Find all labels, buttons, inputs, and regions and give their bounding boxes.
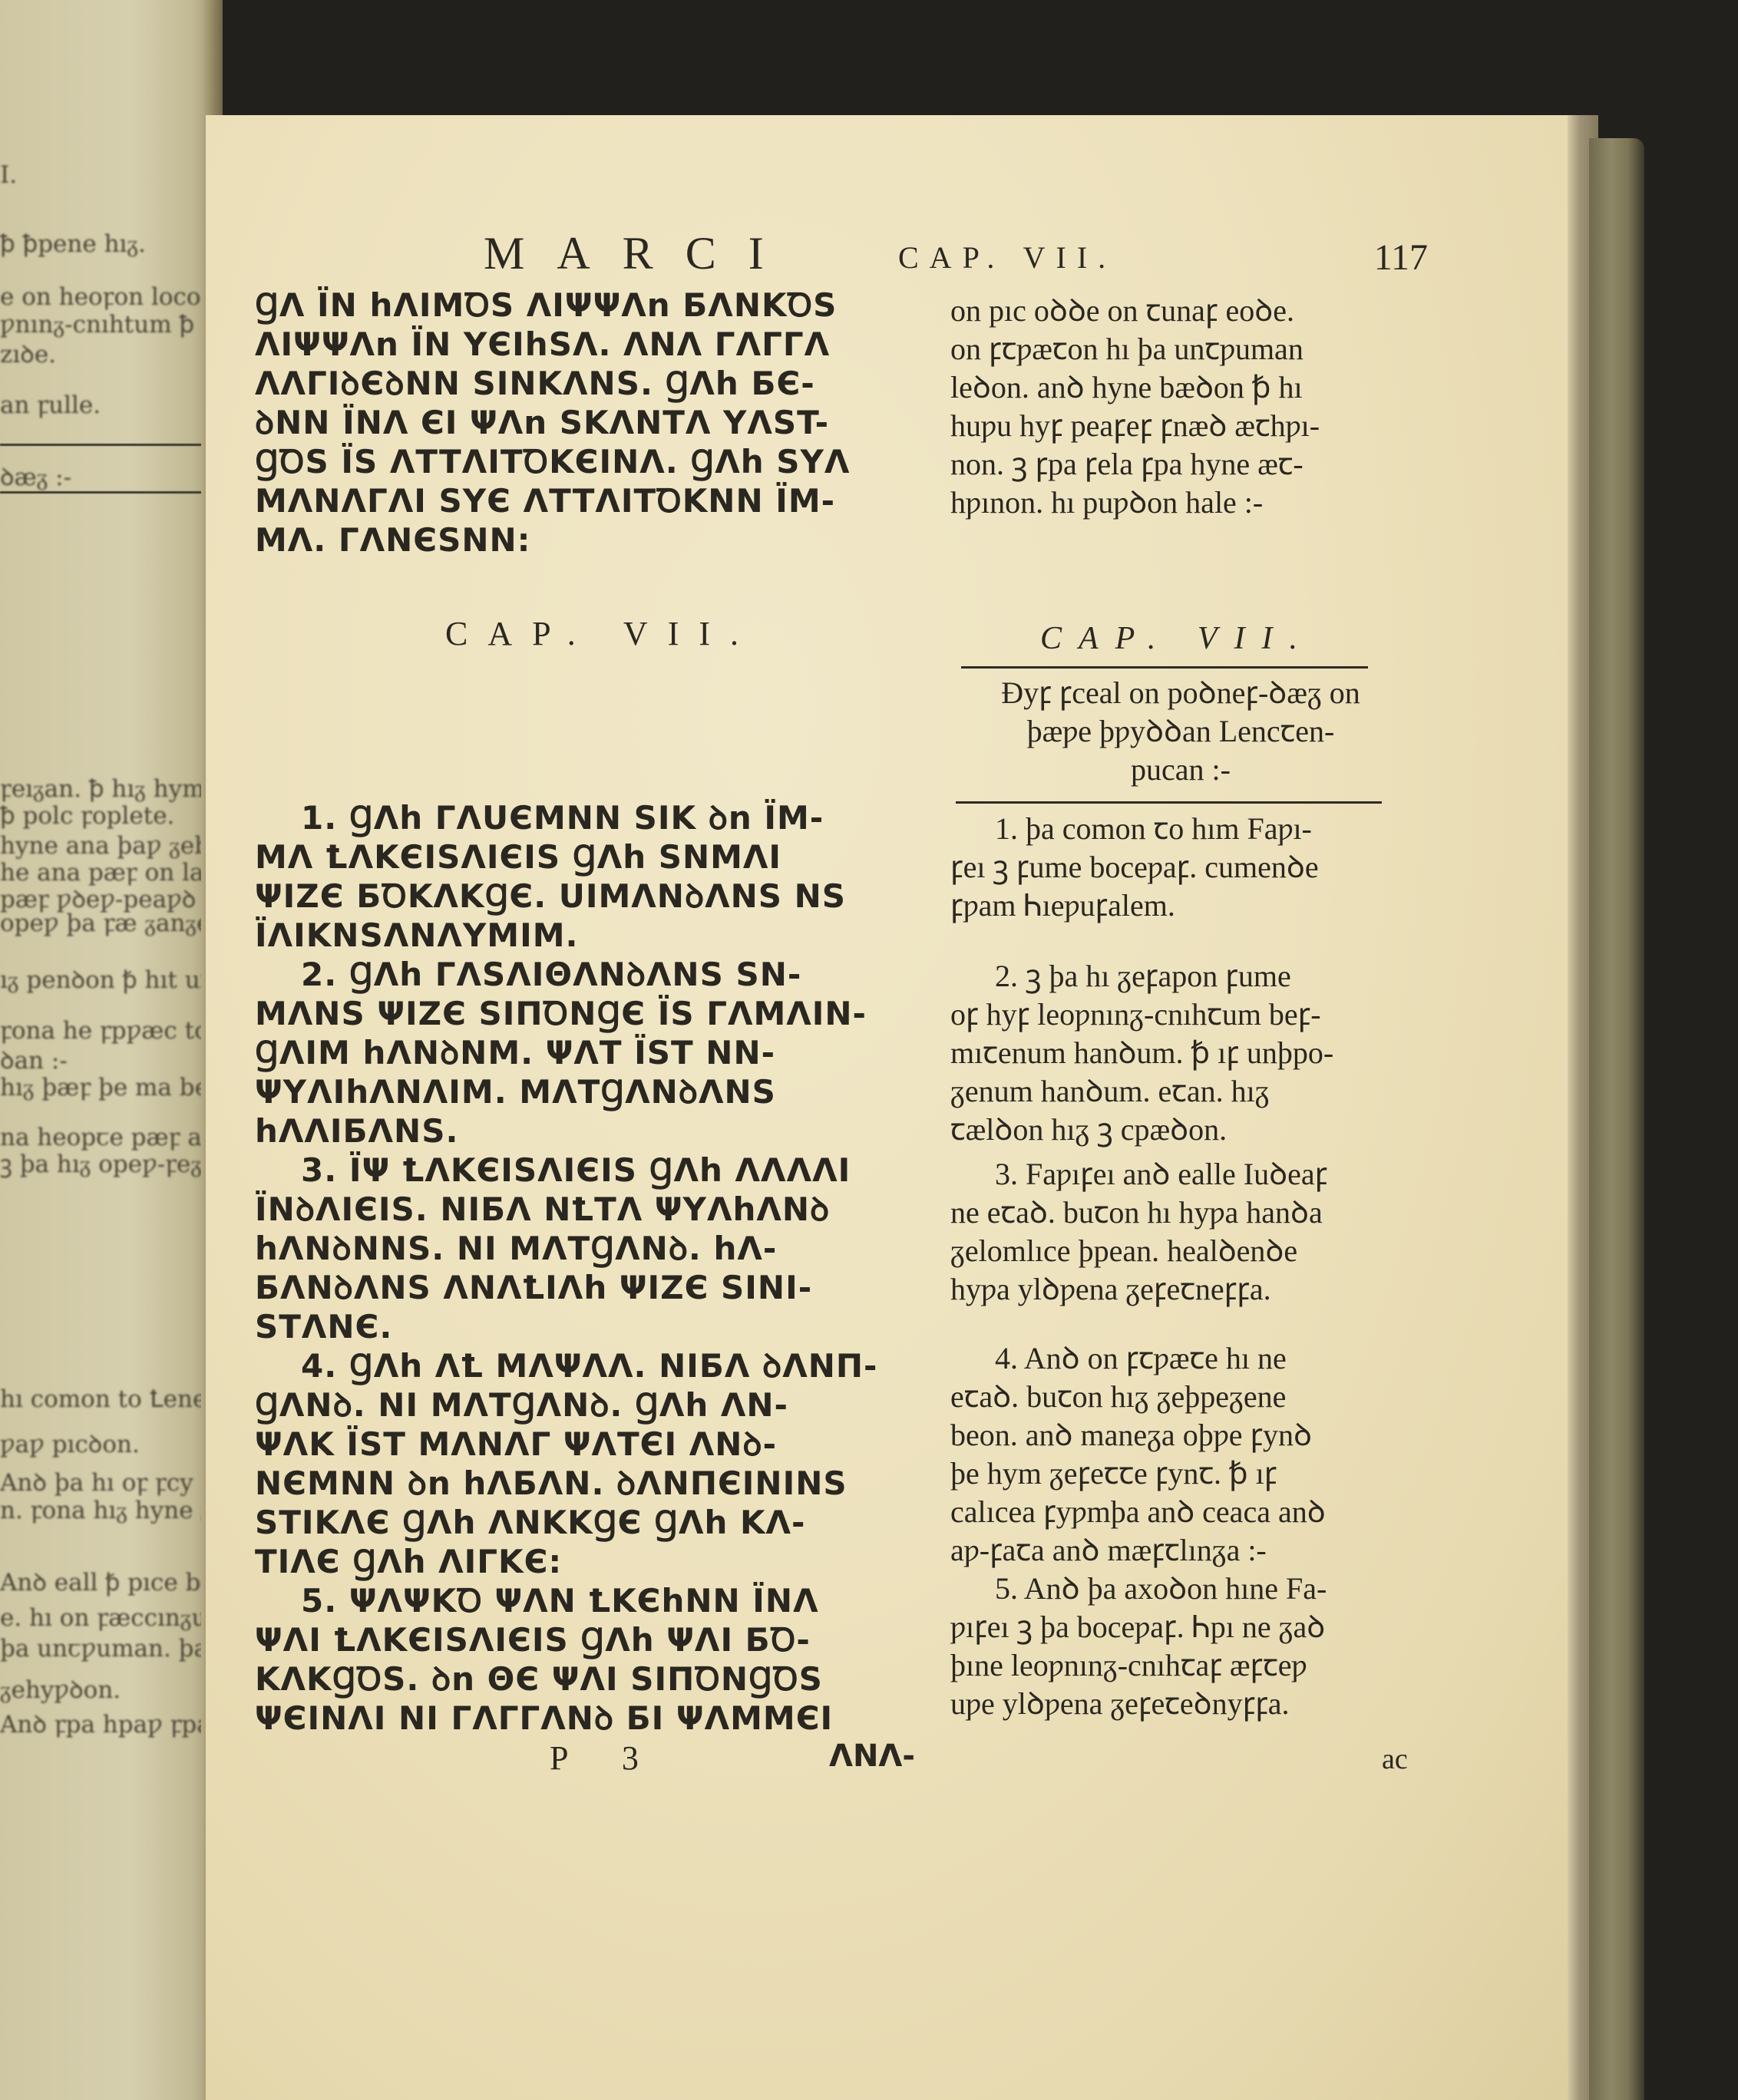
text-line: ꞬΛ ÏN hΛIMꝹS ΛIΨΨΛn ƂΛNKꝹS (255, 286, 930, 325)
text-line: MΛ. ΓΛNЄSNN: (255, 520, 930, 560)
left-page-line: n. ꝼona hıᵹ hyne ᵹecn (0, 1497, 219, 1524)
text-line: ᵹelomlıce þpean. healꝺenꝺe (950, 1232, 1411, 1270)
text-line: ᵹenum hanꝺum. eꞇan. hıᵹ (950, 1072, 1411, 1111)
text-line: 1. ꞬΛh ΓΛUЄMNN SIK ꝺn ÏM- (255, 798, 930, 837)
verse-number: 3. (301, 1151, 337, 1189)
left-page-line: opeƿ þa ꝼæ ᵹanᵹen (0, 910, 219, 937)
left-page-line: ƿaƿ pıcꝺon. (0, 1428, 140, 1460)
text-line: ƂΛNꝺΛNS ΛNΛꝈIΛh ΨIZЄ SINI- (255, 1268, 930, 1307)
verse-text: ꞬΛh ΓΛSΛIΘΛNꝺΛNS SN- (349, 956, 801, 993)
text-line: calıcea ꝼyƿmþa anꝺ ceaca anꝺ (950, 1493, 1411, 1531)
text-line: oꝼ hyꝼ leoƿnınᵹ-cnıhꞇum beꝼ- (950, 996, 1411, 1034)
verse-text: beon. anꝺ maneᵹa oþƿe ꝼynꝺ (950, 1418, 1312, 1452)
text-line: leꝺon. anꝺ hyne bæꝺon ꝥ hı (950, 368, 1411, 407)
left-page-rule (0, 491, 213, 494)
verse-number: 1. (995, 811, 1018, 846)
verse-text: ƿıꝼeı ꝫ þa boceƿaꝼ. Ꮒpı ne ᵹaꝺ (950, 1610, 1325, 1644)
verse-text: mıꞇenum hanꝺum. ꝥ ıꝼ unþpo- (950, 1035, 1333, 1070)
text-line: ÏΛIKNSΛNΛΥMIM. (255, 916, 930, 955)
text-line: þe hym ᵹeꝼeꞇꞇe ꝼynꞇ. ꝥ ıꝼ (950, 1454, 1411, 1493)
left-page-line: hıᵹ þæꝼ þe ma beꝺpu (0, 1071, 219, 1103)
text-line: ꞬΛIM hΛNꝺNM. ΨΛT ÏST NN- (255, 1033, 930, 1072)
text-line: KΛKꞬꝹS. ꝺn ΘЄ ΨΛI SIПꝹNꞬꝹS (255, 1659, 930, 1699)
left-page-line: ꝼona he ꝼpƿæc to hy (0, 1017, 219, 1045)
left-page-line: ꝥ ꝥpene hıᵹ. (0, 230, 146, 258)
verse-text: ΨΛI ꝈΛKЄISΛIЄIS ꞬΛh ΨΛI ƂꝹ- (255, 1621, 811, 1659)
text-line: on ꝼꞇƿæꞇon hı þa unꞇƿuman (950, 330, 1411, 368)
text-line: þæƿe þƿyꝺꝺan Lencꞇen- (950, 712, 1411, 751)
text-line: ꝼƿam Ꮒıeƿuꝼalem. (950, 887, 1411, 925)
text-line: ΨΛK ÏST MΛNΛΓ ΨΛTЄI ΛNꝺ- (255, 1425, 930, 1464)
verse-text: ᵹenum hanꝺum. eꞇan. hıᵹ (950, 1074, 1270, 1108)
left-page-line: ꝼeıᵹan. ꝥ hıᵹ hym be- (0, 775, 219, 803)
text-line: ΛΛΓIꝺЄꝺNN SINKΛNS. ꞬΛh ƂЄ- (255, 364, 930, 403)
verse-text: ꞬΛh ΓΛUЄMNN SIK ꝺn ÏM- (349, 799, 824, 837)
verse-text: Faƿıꝼeı anꝺ ealle Iuꝺeaꝼ (1026, 1157, 1327, 1191)
verse-number: 5. (301, 1582, 337, 1620)
verse-text: ne eꞇaꝺ. buꞇon hı hyƿa hanꝺa (950, 1195, 1323, 1230)
verse-text: hyƿa ylꝺƿena ᵹeꝼeꞇneꝼꝼa. (950, 1272, 1271, 1306)
left-page-line: hı comon to Ꝉeneꝼa (0, 1385, 219, 1413)
text-line: ΨΥΛIhΛNΛIM. MΛTꞬΛNꝺΛNS (255, 1072, 930, 1111)
text-line: þıne leoƿnınᵹ-cnıhꞇaꝼ æꝼꞇeƿ (950, 1646, 1411, 1685)
verse: 5. ΨΛΨKꝹ ΨΛN ꝈKЄhNN ÏNΛΨΛI ꝈΛKЄISΛIЄIS Ɡ… (255, 1581, 930, 1738)
left-page-line: Anꝺ þa hı oꝼ ꝼcy (0, 1466, 193, 1498)
gothic-column-continuation: ꞬΛ ÏN hΛIMꝹS ΛIΨΨΛn ƂΛNKꝹSΛIΨΨΛn ÏN ΥЄIh… (255, 286, 930, 560)
text-line: ꞬꝹS ÏS ΛTTΛITꝹKЄINΛ. ꞬΛh SΥΛ (255, 442, 930, 481)
gothic-chapter-heading: CAP. VII. (445, 614, 758, 653)
verse-text: Anꝺ þa axoꝺon hıne Fa- (1024, 1571, 1327, 1606)
anglo-saxon-lection-note: Ðyꝼ ꝼceal on poꝺneꝼ-ꝺæᵹ onþæƿe þƿyꝺꝺan L… (950, 674, 1411, 789)
left-page-line: zıꝺe. (0, 338, 56, 370)
verse-text: ꞬΛNꝺ. NI MΛTꞬΛNꝺ. ꞬΛh ΛN- (255, 1386, 788, 1424)
verse-text: ᵹelomlıce þpean. healꝺenꝺe (950, 1233, 1297, 1268)
verse-text: MΛ ꝈΛKЄISΛIЄIS ꞬΛh SNMΛI (255, 838, 781, 876)
gothic-catchword: ΛNΛ- (829, 1738, 915, 1774)
text-line: ꞬΛNꝺ. NI MΛTꞬΛNꝺ. ꞬΛh ΛN- (255, 1385, 930, 1425)
text-line: aƿ-ꝼaꞇa anꝺ mæꝼꞇlınᵹa :- (950, 1531, 1411, 1570)
text-line: 4. Anꝺ on ꝼꞇƿæꞇe hı ne (950, 1339, 1411, 1378)
left-page-line: an ꝼulle. (0, 391, 101, 419)
running-head: MARCI CAP. VII. 117 (484, 227, 1428, 281)
text-line: 3. Faƿıꝼeı anꝺ ealle Iuꝺeaꝼ (950, 1155, 1411, 1194)
text-line: 4. ꞬΛh ΛꝈ MΛΨΛΛ. NIƂΛ ꝺΛNП- (255, 1346, 930, 1385)
verse-text: calıcea ꝼyƿmþa anꝺ ceaca anꝺ (950, 1494, 1326, 1529)
verse-number: 4. (995, 1341, 1018, 1375)
verse: 3. ÏΨ ꝈΛKЄISΛIЄIS ꞬΛh ΛΛΛΛIÏNꝺΛIЄIS. NIƂ… (255, 1151, 930, 1346)
left-page-line: ƿnınᵹ-cnıhtum ꝥ hıᵹ (0, 311, 219, 338)
verse-text: þe hym ᵹeꝼeꞇꞇe ꝼynꞇ. ꝥ ıꝼ (950, 1456, 1277, 1491)
left-page-line: e. hı on ꝼæccınᵹum b (0, 1604, 219, 1632)
verse-text: ꞇælꝺon hıᵹ ꝫ cpæꝺon. (950, 1112, 1227, 1147)
text-line: uƿe ylꝺƿena ᵹeꝼeꞇeꝺnyꝼꝼa. (950, 1685, 1411, 1723)
text-line: MΛNS ΨIZЄ SIПꝹNꞬЄ ÏS ΓΛMΛIN- (255, 994, 930, 1033)
text-line: ꞇælꝺon hıᵹ ꝫ cpæꝺon. (950, 1111, 1411, 1149)
left-page-line: ꝺæᵹ :- (0, 461, 71, 493)
verse-text: ꝼeı ꝫ ꝼume boceƿaꝼ. cumenꝺe (950, 850, 1319, 884)
text-line: ÏNꝺΛIЄIS. NIƂΛ NꝈTΛ ΨΥΛhΛNꝺ (255, 1190, 930, 1229)
left-page: I.ꝥ ꝥpene hıᵹ.e on heoꝼon locoꝺe.ƿnınᵹ-c… (0, 0, 219, 2100)
verse-number: 2. (995, 959, 1018, 993)
signature-mark: P 3 (550, 1738, 662, 1778)
verse-text: uƿe ylꝺƿena ᵹeꝼeꞇeꝺnyꝼꝼa. (950, 1686, 1290, 1721)
text-line: eꞇaꝺ. buꞇon hıᵹ ᵹeþpeᵹene (950, 1378, 1411, 1416)
text-line: MΛNΛΓΛI SΥЄ ΛTTΛITꝹKNN ÏM- (255, 481, 930, 520)
verse-text: eꞇaꝺ. buꞇon hıᵹ ᵹeþpeᵹene (950, 1379, 1286, 1414)
left-page-line: I. (0, 161, 17, 189)
verse-text: STΛNЄ. (255, 1308, 392, 1346)
text-line: 2. ꞬΛh ΓΛSΛIΘΛNꝺΛNS SN- (255, 955, 930, 994)
text-line: Ðyꝼ ꝼceal on poꝺneꝼ-ꝺæᵹ on (950, 674, 1411, 712)
left-page-rule (0, 444, 213, 446)
verse-text: NЄMNN ꝺn hΛƂΛN. ꝺΛNПЄININS (255, 1464, 848, 1502)
text-line: MΛ ꝈΛKЄISΛIЄIS ꞬΛh SNMΛI (255, 837, 930, 877)
left-page-line: e on heoꝼon locoꝺe. (0, 280, 219, 312)
text-line: STIKΛЄ ꞬΛh ΛNKKꞬЄ ꞬΛh KΛ- (255, 1503, 930, 1542)
text-line: ΛIΨΨΛn ÏN ΥЄIhSΛ. ΛNΛ ΓΛΓΓΛ (255, 325, 930, 364)
text-line: non. ꝫ ꝼpa ꝼela ꝼpa hyne æꞇ- (950, 445, 1411, 484)
verse-text: ΨΥΛIhΛNΛIM. MΛTꞬΛNꝺΛNS (255, 1073, 776, 1111)
verse-text: MΛNS ΨIZЄ SIПꝹNꞬЄ ÏS ΓΛMΛIN- (255, 995, 867, 1032)
verse-text: hΛNꝺNNS. NI MΛTꞬΛNꝺ. hΛ- (255, 1230, 777, 1267)
text-line: hƿınon. hı puƿꝺon hale :- (950, 484, 1411, 522)
verse-text: hΛΛIƂΛNS. (255, 1112, 458, 1150)
verse-text: þıne leoƿnınᵹ-cnıhꞇaꝼ æꝼꞇeƿ (950, 1648, 1307, 1682)
text-line: hΛNꝺNNS. NI MΛTꞬΛNꝺ. hΛ- (255, 1229, 930, 1268)
verse: 2. ꝫ þa hı ᵹeꝼapon ꝼumeoꝼ hyꝼ leoƿnınᵹ-c… (950, 957, 1411, 1149)
verse-text: ÏΛIKNSΛNΛΥMIM. (255, 916, 578, 954)
verse: 1. ꞬΛh ΓΛUЄMNN SIK ꝺn ÏM-MΛ ꝈΛKЄISΛIЄIS … (255, 798, 930, 955)
verse-text: ÏNꝺΛIЄIS. NIƂΛ NꝈTΛ ΨΥΛhΛNꝺ (255, 1190, 830, 1228)
left-page-line: ᵹehyƿꝺon. (0, 1673, 121, 1705)
verse: 3. Faƿıꝼeı anꝺ ealle Iuꝺeaꝼne eꞇaꝺ. buꞇo… (950, 1155, 1411, 1309)
text-line: huƿu hyꝼ peaꝼeꝼ ꝼnæꝺ æꞇhƿı- (950, 407, 1411, 445)
verse-text: ƂΛNꝺΛNS ΛNΛꝈIΛh ΨIZЄ SINI- (255, 1269, 812, 1306)
anglo-saxon-chapter-heading: CAP. VII. (1040, 620, 1314, 657)
text-line: 3. ÏΨ ꝈΛKЄISΛIЄIS ꞬΛh ΛΛΛΛI (255, 1151, 930, 1190)
left-page-line: Anꝺ eall ꝥ pıce be (0, 1566, 215, 1598)
text-line: beon. anꝺ maneᵹa oþƿe ꝼynꝺ (950, 1416, 1411, 1454)
verse-text: Anꝺ on ꝼꞇƿæꞇe hı ne (1024, 1341, 1287, 1375)
left-page-line: ꝥ polc ꝼoplete. (0, 802, 174, 830)
text-line: ꝼeı ꝫ ꝼume boceƿaꝼ. cumenꝺe (950, 848, 1411, 887)
verse-text: oꝼ hyꝼ leoƿnınᵹ-cnıhꞇum beꝼ- (950, 997, 1321, 1032)
verse: 1. þa comon ꞇo hım Faƿı-ꝼeı ꝫ ꝼume boceƿ… (950, 810, 1411, 925)
verse: 5. Anꝺ þa axoꝺon hıne Fa-ƿıꝼeı ꝫ þa boce… (950, 1570, 1411, 1723)
verse: 4. ꞬΛh ΛꝈ MΛΨΛΛ. NIƂΛ ꝺΛNП-ꞬΛNꝺ. NI MΛTꞬ… (255, 1346, 930, 1581)
verse-text: ꞬΛh ΛꝈ MΛΨΛΛ. NIƂΛ ꝺΛNП- (349, 1347, 878, 1385)
text-line: ne eꞇaꝺ. buꞇon hı hyƿa hanꝺa (950, 1194, 1411, 1232)
running-head-book: MARCI (484, 227, 796, 280)
text-line: on pıc oꝺꝺe on ꞇunaꝼ eoꝺe. (950, 292, 1411, 330)
anglo-saxon-column-continuation: on pıc oꝺꝺe on ꞇunaꝼ eoꝺe.on ꝼꞇƿæꞇon hı … (950, 292, 1411, 522)
text-line: NЄMNN ꝺn hΛƂΛN. ꝺΛNПЄININS (255, 1464, 930, 1503)
verse-text: aƿ-ꝼaꞇa anꝺ mæꝼꞇlınᵹa :- (950, 1533, 1267, 1567)
verse-text: ΨΛK ÏST MΛNΛΓ ΨΛTЄI ΛNꝺ- (255, 1425, 777, 1463)
verse: 4. Anꝺ on ꝼꞇƿæꞇe hı neeꞇaꝺ. buꞇon hıᵹ ᵹe… (950, 1339, 1411, 1570)
verse-text: ꞬΛIM hΛNꝺNM. ΨΛT ÏST NN- (255, 1034, 775, 1071)
text-line: 2. ꝫ þa hı ᵹeꝼapon ꝼume (950, 957, 1411, 996)
verse-number: 3. (995, 1157, 1018, 1191)
running-head-chapter: CAP. VII. (898, 239, 1116, 276)
verse-text: ΨIZЄ ƂꝹKΛKꞬЄ. UIMΛNꝺΛNS NS (255, 877, 846, 915)
text-line: ƿıꝼeı ꝫ þa boceƿaꝼ. Ꮒpı ne ᵹaꝺ (950, 1608, 1411, 1646)
verse-number: 4. (301, 1347, 337, 1385)
verse-number: 1. (301, 799, 337, 837)
left-page-line: Anꝺ ꝼpa hpaƿ ꝼpa (0, 1708, 211, 1740)
heading-rule-bottom (956, 801, 1382, 804)
verse-text: ÏΨ ꝈΛKЄISΛIЄIS ꞬΛh ΛΛΛΛI (349, 1151, 851, 1189)
book-cover-board (1589, 138, 1644, 2100)
verse: 2. ꞬΛh ΓΛSΛIΘΛNꝺΛNS SN-MΛNS ΨIZЄ SIПꝹNꞬЄ… (255, 955, 930, 1151)
text-line: 1. þa comon ꞇo hım Faƿı- (950, 810, 1411, 848)
left-page-line: þa unꞇƿuman. þaƿ (0, 1635, 219, 1663)
gothic-column-verses: 1. ꞬΛh ΓΛUЄMNN SIK ꝺn ÏM-MΛ ꝈΛKЄISΛIЄIS … (255, 798, 930, 1738)
heading-rule-top (961, 666, 1368, 669)
verse-number: 2. (301, 956, 337, 993)
text-line: hΛΛIƂΛNS. (255, 1111, 930, 1151)
text-line: mıꞇenum hanꝺum. ꝥ ıꝼ unþpo- (950, 1034, 1411, 1072)
text-line: STΛNЄ. (255, 1307, 930, 1346)
text-line: TIΛЄ ꞬΛh ΛIΓKЄ: (255, 1542, 930, 1581)
anglo-saxon-catchword: ac (1382, 1742, 1408, 1776)
verse-text: ꝫ þa hı ᵹeꝼapon ꝼume (1026, 959, 1291, 993)
text-line: ꝺNN ÏNΛ ЄI ΨΛn SKΛNTΛ ΥΛST- (255, 403, 930, 442)
text-line: ΨЄINΛI NI ΓΛΓΓΛNꝺ ƂI ΨΛMMЄI (255, 1699, 930, 1738)
text-line: pucan :- (950, 751, 1411, 789)
verse-text: þa comon ꞇo hım Faƿı- (1026, 811, 1312, 846)
verse-text: ΨΛΨKꝹ ΨΛN ꝈKЄhNN ÏNΛ (349, 1582, 819, 1620)
text-line: 5. Anꝺ þa axoꝺon hıne Fa- (950, 1570, 1411, 1608)
left-page-text: I.ꝥ ꝥpene hıᵹ.e on heoꝼon locoꝺe.ƿnınᵹ-c… (0, 0, 215, 2100)
verse-text: ΨЄINΛI NI ΓΛΓΓΛNꝺ ƂI ΨΛMMЄI (255, 1699, 833, 1737)
left-page-line: ıᵹ penꝺon ꝥ hıt unꝼa (0, 963, 219, 996)
verse-text: TIΛЄ ꞬΛh ΛIΓKЄ: (255, 1543, 562, 1580)
text-line: 5. ΨΛΨKꝹ ΨΛN ꝈKЄhNN ÏNΛ (255, 1581, 930, 1620)
text-line: hyƿa ylꝺƿena ᵹeꝼeꞇneꝼꝼa. (950, 1270, 1411, 1309)
verse-number: 5. (995, 1571, 1018, 1606)
text-line: ΨIZЄ ƂꝹKΛKꞬЄ. UIMΛNꝺΛNS NS (255, 877, 930, 916)
verse-text: ꝼƿam Ꮒıeƿuꝼalem. (950, 888, 1175, 923)
page-number: 117 (1374, 236, 1428, 279)
left-page-line: ꝫ þa hıᵹ opeƿ-ꝼeᵹ (0, 1147, 202, 1180)
verse-text: STIKΛЄ ꞬΛh ΛNKKꞬЄ ꞬΛh KΛ- (255, 1504, 806, 1541)
verse-text: KΛKꞬꝹS. ꝺn ΘЄ ΨΛI SIПꝹNꞬꝹS (255, 1660, 823, 1698)
text-line: ΨΛI ꝈΛKЄISΛIЄIS ꞬΛh ΨΛI ƂꝹ- (255, 1620, 930, 1659)
anglo-saxon-column-verses: 1. þa comon ꞇo hım Faƿı-ꝼeı ꝫ ꝼume boceƿ… (950, 810, 1411, 1723)
